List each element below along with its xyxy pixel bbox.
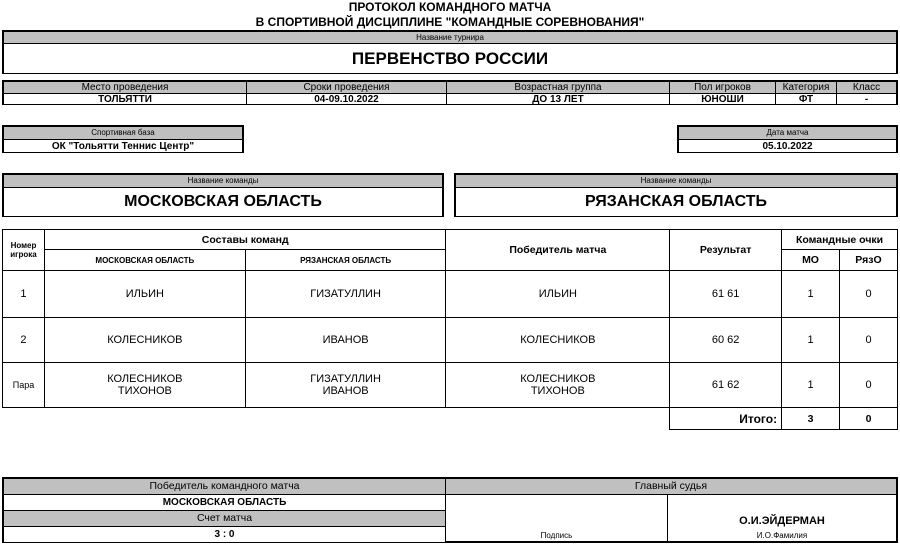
row-number: Пара	[3, 363, 45, 408]
row-team1-player: КОЛЕСНИКОВ	[44, 318, 245, 363]
document-title-line1: ПРОТОКОЛ КОМАНДНОГО МАТЧА	[0, 0, 900, 15]
row-team2-player2: ИВАНОВ	[246, 385, 446, 397]
document-title-line2: В СПОРТИВНОЙ ДИСЦИПЛИНЕ "КОМАНДНЫЕ СОРЕВ…	[0, 15, 900, 30]
total-pts2: 0	[840, 408, 898, 430]
total-label: Итого:	[670, 408, 782, 430]
match-date-value: 05.10.2022	[679, 140, 896, 152]
info-age-group: Возрастная группа ДО 13 ЛЕТ	[446, 82, 669, 103]
row-winners: КОЛЕСНИКОВ ТИХОНОВ	[446, 363, 670, 408]
info-label: Пол игроков	[670, 82, 775, 94]
venue-block: Спортивная база ОК "Тольятти Теннис Цент…	[2, 125, 244, 153]
row-winner: ИЛЬИН	[446, 271, 670, 318]
row-pts1: 1	[782, 318, 840, 363]
row-team1-players: КОЛЕСНИКОВ ТИХОНОВ	[44, 363, 245, 408]
header-team2: РЯЗАНСКАЯ ОБЛАСТЬ	[245, 250, 446, 271]
winner-value: МОСКОВСКАЯ ОБЛАСТЬ	[4, 495, 445, 511]
team2-label: Название команды	[456, 175, 896, 188]
row-pts1: 1	[782, 271, 840, 318]
winner-label: Победитель командного матча	[4, 479, 445, 495]
row-team1-player: КОЛЕСНИКОВ	[45, 373, 245, 385]
info-value: ДО 13 ЛЕТ	[447, 94, 669, 104]
summary-block: Победитель командного матча МОСКОВСКАЯ О…	[2, 477, 898, 543]
row-team1-player: ИЛЬИН	[44, 271, 245, 318]
signature-field: Подпись	[446, 495, 668, 542]
info-gender: Пол игроков ЮНОШИ	[669, 82, 775, 103]
header-result: Результат	[670, 230, 782, 271]
info-label: Сроки проведения	[247, 82, 446, 94]
row-team2-player: ГИЗАТУЛЛИН	[246, 373, 446, 385]
row-team2-players: ГИЗАТУЛЛИН ИВАНОВ	[245, 363, 446, 408]
header-pts1: МО	[782, 250, 840, 271]
row-team2-player: ИВАНОВ	[245, 318, 446, 363]
info-value: ТОЛЬЯТТИ	[4, 94, 246, 104]
info-label: Класс	[837, 82, 896, 94]
row-pts2: 0	[840, 318, 898, 363]
team1-name: МОСКОВСКАЯ ОБЛАСТЬ	[4, 188, 442, 216]
info-row: Место проведения ТОЛЬЯТТИ Сроки проведен…	[2, 80, 898, 105]
venue-label: Спортивная база	[4, 127, 242, 140]
table-row: 2 КОЛЕСНИКОВ ИВАНОВ КОЛЕСНИКОВ 60 62 1 0	[3, 318, 898, 363]
total-spacer	[3, 408, 670, 430]
team1-label: Название команды	[4, 175, 442, 188]
row-pts2: 0	[840, 271, 898, 318]
referee-name: О.И.ЭЙДЕРМАН	[668, 515, 896, 527]
header-player-number: Номер игрока	[3, 230, 45, 271]
info-label: Возрастная группа	[447, 82, 669, 94]
info-value: ФТ	[776, 94, 836, 104]
referee-name-field: О.И.ЭЙДЕРМАН И.О.Фамилия	[668, 495, 896, 542]
score-value: 3 : 0	[4, 527, 445, 542]
summary-winner-section: Победитель командного матча МОСКОВСКАЯ О…	[4, 479, 446, 541]
venue-value: ОК "Тольятти Теннис Центр"	[4, 140, 242, 152]
header-winner: Победитель матча	[446, 230, 670, 271]
info-dates: Сроки проведения 04-09.10.2022	[246, 82, 446, 103]
score-label: Счет матча	[4, 511, 445, 527]
header-pts2: РязО	[840, 250, 898, 271]
tournament-name: ПЕРВЕНСТВО РОССИИ	[4, 44, 896, 73]
total-pts1: 3	[782, 408, 840, 430]
team2-block: Название команды РЯЗАНСКАЯ ОБЛАСТЬ	[454, 173, 898, 217]
info-label: Категория	[776, 82, 836, 94]
team2-name: РЯЗАНСКАЯ ОБЛАСТЬ	[456, 188, 896, 216]
row-result: 60 62	[670, 318, 782, 363]
header-lineups: Составы команд	[44, 230, 446, 250]
row-number: 2	[3, 318, 45, 363]
info-location: Место проведения ТОЛЬЯТТИ	[4, 82, 246, 103]
match-date-label: Дата матча	[679, 127, 896, 140]
info-category: Категория ФТ	[775, 82, 836, 103]
info-class: Класс -	[836, 82, 896, 103]
name-caption: И.О.Фамилия	[668, 531, 896, 540]
row-number: 1	[3, 271, 45, 318]
row-pts2: 0	[840, 363, 898, 408]
row-result: 61 62	[670, 363, 782, 408]
table-row: 1 ИЛЬИН ГИЗАТУЛЛИН ИЛЬИН 61 61 1 0	[3, 271, 898, 318]
row-winner: КОЛЕСНИКОВ	[446, 373, 669, 385]
row-pts1: 1	[782, 363, 840, 408]
row-winner2: ТИХОНОВ	[446, 385, 669, 397]
row-team2-player: ГИЗАТУЛЛИН	[245, 271, 446, 318]
info-value: ЮНОШИ	[670, 94, 775, 104]
info-value: -	[837, 94, 896, 104]
row-winner: КОЛЕСНИКОВ	[446, 318, 670, 363]
summary-referee-section: Главный судья Подпись О.И.ЭЙДЕРМАН И.О.Ф…	[446, 479, 896, 541]
row-result: 61 61	[670, 271, 782, 318]
referee-label: Главный судья	[446, 479, 896, 495]
match-date-block: Дата матча 05.10.2022	[677, 125, 898, 153]
matches-table: Номер игрока Составы команд Победитель м…	[2, 229, 898, 430]
total-row: Итого: 3 0	[3, 408, 898, 430]
row-team1-player2: ТИХОНОВ	[45, 385, 245, 397]
signature-label: Подпись	[446, 531, 667, 540]
team1-block: Название команды МОСКОВСКАЯ ОБЛАСТЬ	[2, 173, 444, 217]
info-label: Место проведения	[4, 82, 246, 94]
tournament-block: Название турнира ПЕРВЕНСТВО РОССИИ	[2, 30, 898, 74]
tournament-label: Название турнира	[4, 32, 896, 44]
header-team1: МОСКОВСКАЯ ОБЛАСТЬ	[44, 250, 245, 271]
table-row: Пара КОЛЕСНИКОВ ТИХОНОВ ГИЗАТУЛЛИН ИВАНО…	[3, 363, 898, 408]
header-team-points: Командные очки	[782, 230, 898, 250]
info-value: 04-09.10.2022	[247, 94, 446, 104]
